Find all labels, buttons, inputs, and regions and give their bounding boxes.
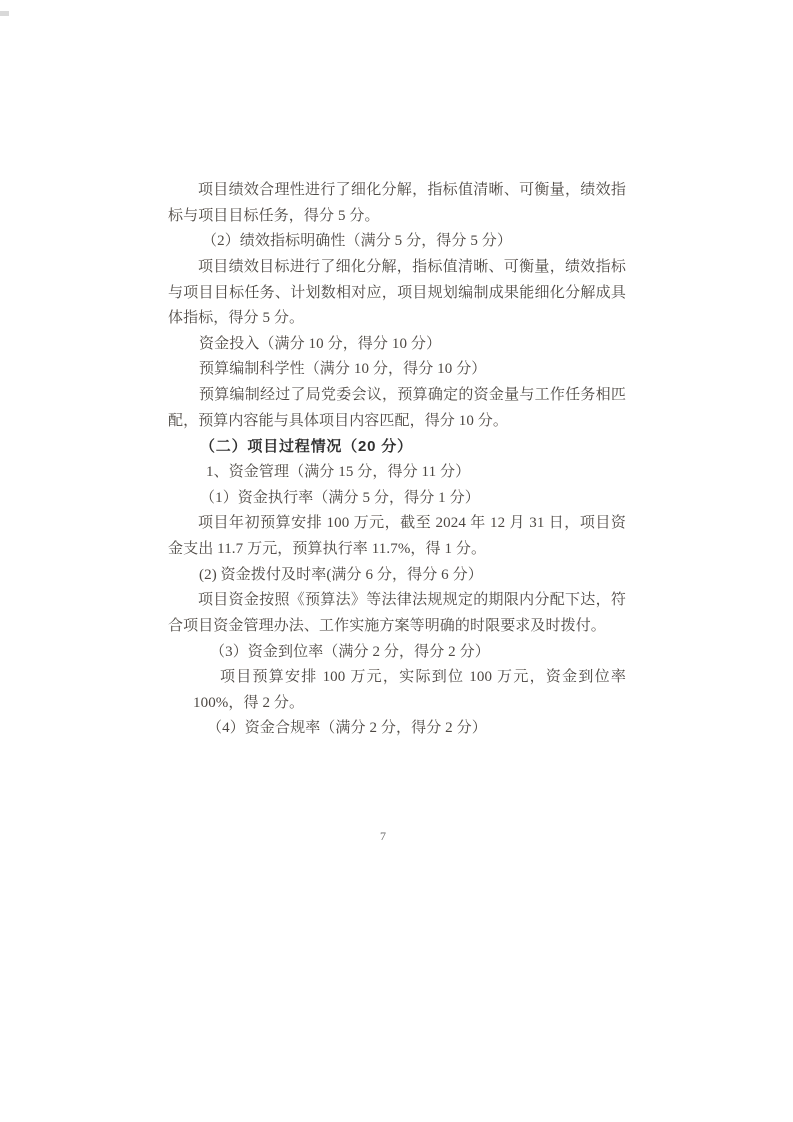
body-line: 配，预算内容能与具体项目内容匹配，得分 10 分。 [168, 409, 626, 435]
body-line: 项目年初预算安排 100 万元，截至 2024 年 12 月 31 日，项目资 [198, 511, 626, 537]
body-line: 金支出 11.7 万元，预算执行率 11.7%，得 1 分。 [168, 537, 626, 563]
section-heading: （二）项目过程情况（20 分） [200, 434, 626, 460]
scan-artifact [0, 11, 9, 16]
body-line: （2）绩效指标明确性（满分 5 分，得分 5 分） [202, 229, 626, 255]
body-line: 项目绩效合理性进行了细化分解，指标值清晰、可衡量，绩效指 [198, 178, 626, 204]
document-page: 项目绩效合理性进行了细化分解，指标值清晰、可衡量，绩效指 标与项目目标任务，得分… [0, 0, 793, 1122]
body-line: 合项目资金管理办法、工作实施方案等明确的时限要求及时拨付。 [168, 614, 626, 640]
body-line: 100%，得 2 分。 [193, 691, 626, 717]
body-line: 项目资金按照《预算法》等法律法规规定的期限内分配下达，符 [198, 588, 626, 614]
body-line: 资金投入（满分 10 分，得分 10 分） [199, 332, 626, 358]
body-line: 预算编制科学性（满分 10 分，得分 10 分） [199, 357, 626, 383]
body-line: 项目绩效目标进行了细化分解，指标值清晰、可衡量，绩效指标 [198, 255, 626, 281]
body-line: 预算编制经过了局党委会议，预算确定的资金量与工作任务相匹 [199, 383, 626, 409]
body-line: 体指标，得分 5 分。 [168, 306, 626, 332]
body-line: （4）资金合规率（满分 2 分，得分 2 分） [207, 716, 626, 742]
page-number: 7 [160, 829, 606, 844]
text-block: 项目绩效合理性进行了细化分解，指标值清晰、可衡量，绩效指 标与项目目标任务，得分… [168, 178, 626, 742]
body-line: 项目预算安排 100 万元，实际到位 100 万元，资金到位率 [220, 665, 626, 691]
body-line: (2) 资金拨付及时率(满分 6 分，得分 6 分） [199, 563, 626, 589]
body-line: 标与项目目标任务，得分 5 分。 [168, 204, 626, 230]
body-line: （3）资金到位率（满分 2 分，得分 2 分） [210, 640, 626, 666]
body-line: （1）资金执行率（满分 5 分，得分 1 分） [200, 486, 626, 512]
body-line: 与项目目标任务、计划数相对应，项目规划编制成果能细化分解成具 [168, 281, 626, 307]
body-line: 1、资金管理（满分 15 分，得分 11 分） [206, 460, 626, 486]
